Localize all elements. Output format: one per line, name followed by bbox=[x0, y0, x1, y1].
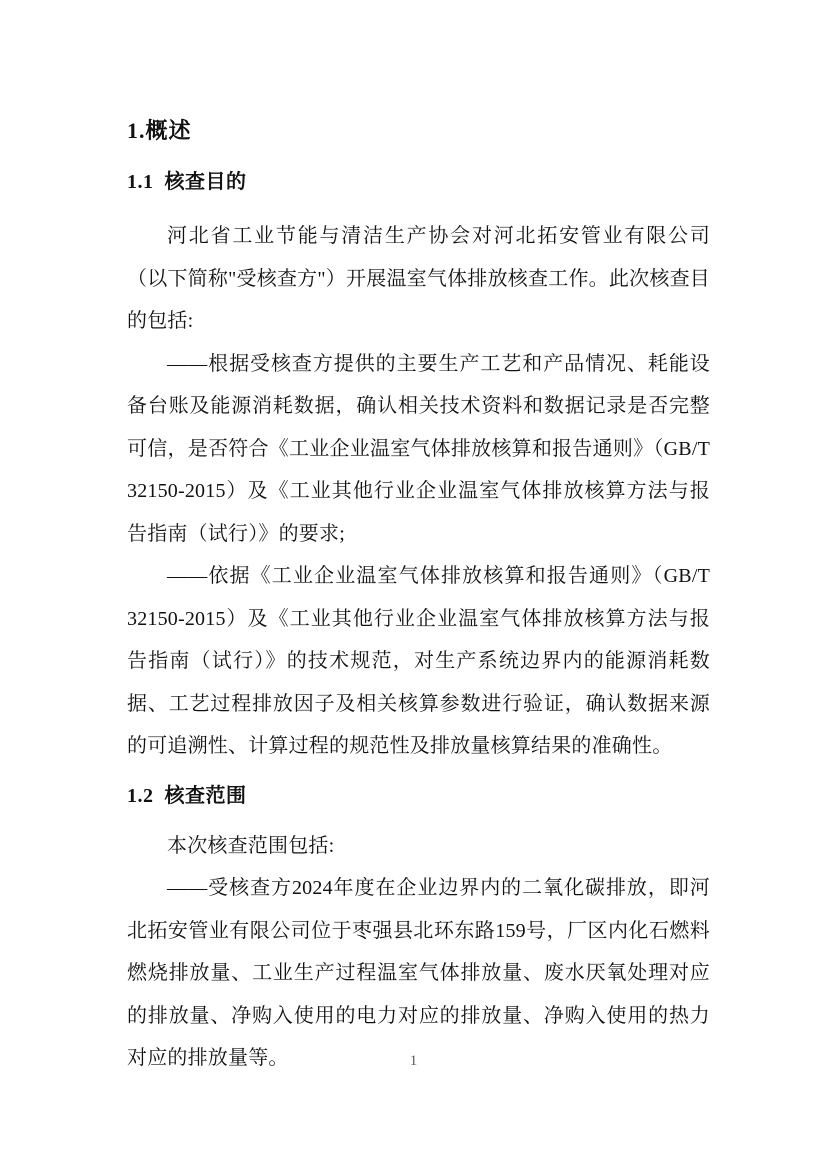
document-content: 1.概述 1.1 核查目的 河北省工业节能与清洁生产协会对河北拓安管业有限公司（… bbox=[0, 116, 827, 1080]
paragraph-scope-intro: 本次核查范围包括: bbox=[127, 825, 710, 868]
paragraph-scope-item-1: ——受核查方2024年度在企业边界内的二氧化碳排放，即河北拓安管业有限公司位于枣… bbox=[127, 867, 710, 1080]
heading-verification-purpose: 1.1 核查目的 bbox=[127, 169, 710, 196]
paragraph-purpose-intro: 河北省工业节能与清洁生产协会对河北拓安管业有限公司（以下简称"受核查方"）开展温… bbox=[127, 215, 710, 343]
heading-overview: 1.概述 bbox=[127, 116, 710, 146]
paragraph-purpose-item-1: ——根据受核查方提供的主要生产工艺和产品情况、耗能设备台账及能源消耗数据，确认相… bbox=[127, 343, 710, 556]
page-number: 1 bbox=[0, 1051, 827, 1071]
heading-verification-scope: 1.2 核查范围 bbox=[127, 783, 710, 810]
paragraph-purpose-item-2: ——依据《工业企业温室气体排放核算和报告通则》（GB/T 32150-2015）… bbox=[127, 555, 710, 768]
document-page: 1.概述 1.1 核查目的 河北省工业节能与清洁生产协会对河北拓安管业有限公司（… bbox=[0, 0, 827, 1169]
